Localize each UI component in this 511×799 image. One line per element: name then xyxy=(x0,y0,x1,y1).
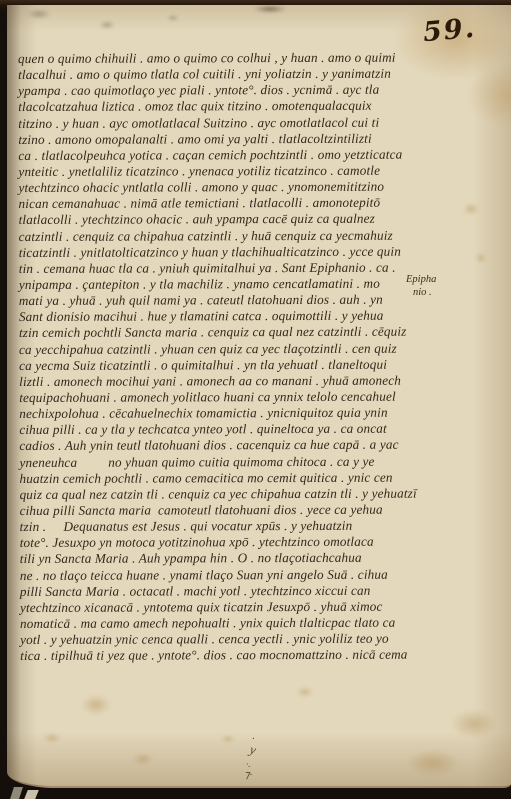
text-line: tin . cemana huac tla ca . yniuh quimita… xyxy=(19,259,423,277)
paper-stain xyxy=(221,735,235,743)
text-line: ytechtzinco ohacic yntlatla colli . amon… xyxy=(18,179,422,197)
text-line: Sant dionisio macihui . hue y tlamatini … xyxy=(19,308,423,326)
text-block: quen o quimo chihuili . amo o quimo co c… xyxy=(18,50,424,665)
paper-stain xyxy=(451,709,497,739)
paper-stain xyxy=(99,21,115,29)
paper-stain xyxy=(27,9,51,19)
text-line: ca yecchipahua catzintli . yhuan cen qui… xyxy=(19,340,423,358)
text-line: titzino . y huan . ayc omotlatlacal Suit… xyxy=(18,114,422,132)
text-line: quen o quimo chihuili . amo o quimo co c… xyxy=(18,50,422,68)
margin-note: Epiphanio . xyxy=(406,274,436,299)
margin-note-line: nio . xyxy=(413,287,436,300)
paper-stain xyxy=(475,253,487,263)
text-line: huatzin cemich pochtli . camo cemacitica… xyxy=(19,469,423,487)
text-line: cihua pilli Sancta maria camoteutl tlato… xyxy=(20,502,424,520)
text-line: yotl . y yehuatzin ynic cenca qualli . c… xyxy=(20,631,424,649)
text-line: catzintli . cenquiz ca chipahua catzintl… xyxy=(19,227,423,245)
paper-stain xyxy=(407,749,459,777)
paper-stain xyxy=(253,5,287,13)
text-line: tlatlacolli . ytechtzinco ohacic . auh y… xyxy=(19,211,423,229)
text-line: tlacalhui . amo o quimo tlatla col cuiti… xyxy=(18,66,422,84)
text-line: ne . no tlaço teicca huane . ynami tlaço… xyxy=(20,566,424,584)
text-line: tzino . amono omopalanalti . amo omi ya … xyxy=(18,130,422,148)
text-line: tzin . Dequanatus est Jesus . qui vocatu… xyxy=(20,518,424,536)
ink-mark: y xyxy=(248,742,257,759)
text-line: cihua pilli . ca y tla y techcatca ynteo… xyxy=(19,421,423,439)
text-line: ytechtzinco xicanacā . yntotema quix tic… xyxy=(20,598,424,616)
text-line: mati ya . yhuā . yuh quil nami ya . cate… xyxy=(19,292,423,310)
page-edge xyxy=(24,790,39,799)
text-line: quiz ca qual nez catzin tli . cenquiz ca… xyxy=(20,485,424,503)
text-line: tote°. Jesuxpo yn motoca yotitzinohua xp… xyxy=(20,534,424,552)
text-line: tequipachohuani . amonech yolitlaco huan… xyxy=(19,389,423,407)
text-line: nomaticā . ma camo amech nepohualti . yn… xyxy=(20,615,424,633)
text-line: ca . tlatlacolpeuhca yotica . caçan cemi… xyxy=(18,146,422,164)
folio-number: 59. xyxy=(422,13,477,48)
text-line: ypampa . cao quimotlaço yec piali . ynto… xyxy=(18,82,422,100)
text-line: nechixpolohua . cēcahuelnechix tomamicti… xyxy=(19,405,423,423)
text-line: tili yn Sancta Maria . Auh ypampa hin . … xyxy=(20,550,424,568)
text-line: ca yecma Suiz ticatzintli . o quimitalhu… xyxy=(19,356,423,374)
text-line: nican cemanahuac . nimā atle temictiani … xyxy=(19,195,423,213)
paper-stain xyxy=(43,733,61,743)
margin-note-line: Epipha xyxy=(406,274,436,287)
text-line: ynipampa . çantepiton . y tla machiliz .… xyxy=(19,276,423,294)
page-edge xyxy=(10,787,23,799)
text-line: liztli . amonech mocihui yani . amonech … xyxy=(19,372,423,390)
paper-stain xyxy=(297,687,313,697)
text-line: tzin cemich pochtli Sancta maria . cenqu… xyxy=(19,324,423,342)
text-line: tica . tipilhuā ti yez que . yntote°. di… xyxy=(20,647,424,665)
text-line: ticatzintli . ynitlatolticatzinco y huan… xyxy=(19,243,423,261)
manuscript-page: 59. quen o quimo chihuili . amo o quimo … xyxy=(7,5,511,788)
paper-stain xyxy=(463,203,479,215)
text-line: ynteitic . ynetlaliliz ticatzinco . ynen… xyxy=(18,163,422,181)
paper-stain xyxy=(133,753,153,765)
manuscript-photo: 59. quen o quimo chihuili . amo o quimo … xyxy=(0,0,511,799)
text-line: cadios . Auh ynin teutl tlatohuani dios … xyxy=(19,437,423,455)
paper-stain xyxy=(167,15,179,21)
text-line: tlacolcatzahua liztica . omoz tlac quix … xyxy=(18,98,422,116)
text-line: yneneuhca no yhuan quimo cuitia quimoma … xyxy=(19,453,423,471)
paper-stain xyxy=(81,695,111,715)
text-line: pilli Sancta Maria . octacatl . machi yo… xyxy=(20,582,424,600)
ink-mark: ⁊· xyxy=(244,768,252,781)
